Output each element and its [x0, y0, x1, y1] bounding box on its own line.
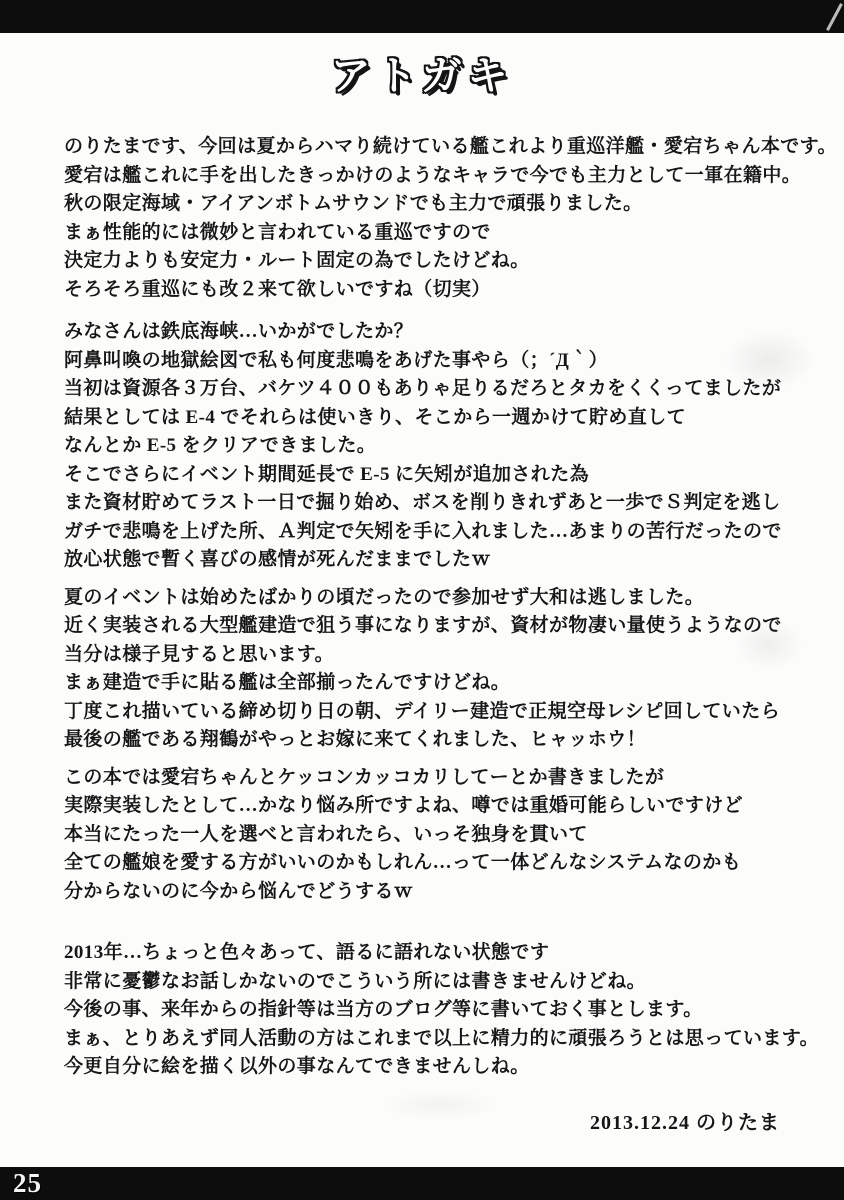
text-line: 本当にたった一人を選べと言われたら、いっそ独身を貫いて [64, 821, 788, 850]
text-line: 阿鼻叫喚の地獄絵図で私も何度悲鳴をあげた事やら（；´Д｀） [64, 347, 788, 376]
top-border-bar [0, 0, 844, 33]
text-line: 秋の限定海域・アイアンボトムサウンドでも主力で頑張りました。 [64, 190, 788, 219]
text-line: まぁ、とりあえず同人活動の方はこれまで以上に精力的に頑張ろうとは思っています。 [64, 1025, 788, 1054]
paragraph: みなさんは鉄底海峡…いかがでしたか？阿鼻叫喚の地獄絵図で私も何度悲鳴をあげた事や… [64, 318, 788, 575]
page-title: アトガキ [0, 44, 844, 101]
text-line: なんとか E-5 をクリアできました。 [64, 432, 788, 461]
text-line: 当分は様子見すると思います。 [64, 641, 788, 670]
text-line: 愛宕は艦これに手を出したきっかけのようなキャラで今でも主力として一軍在籍中。 [64, 162, 788, 191]
paragraph: 2013年…ちょっと色々あって、語るに語れない状態です非常に憂鬱なお話しかないの… [64, 939, 788, 1082]
text-line: 決定力よりも安定力・ルート固定の為でしたけどね。 [64, 247, 788, 276]
text-line: のりたまです、今回は夏からハマり続けている艦これより重巡洋艦・愛宕ちゃん本です。 [64, 133, 788, 162]
text-line: 近く実装される大型艦建造で狙う事になりますが、資材が物凄い量使うようなので [64, 612, 788, 641]
text-line: まぁ性能的には微妙と言われている重巡ですので [64, 219, 788, 248]
text-line: 丁度これ描いている締め切り日の朝、デイリー建造で正規空母レシピ回していたら [64, 698, 788, 727]
text-line: ガチで悲鳴を上げた所、Ａ判定で矢矧を手に入れました…あまりの苦行だったので [64, 518, 788, 547]
paragraph: 夏のイベントは始めたばかりの頃だったので参加せず大和は逃しました。近く実装される… [64, 584, 788, 755]
text-line: また資材貯めてラスト一日で掘り始め、ボスを削りきれずあと一歩でＳ判定を逃し [64, 489, 788, 518]
text-line: この本では愛宕ちゃんとケッコンカッコカリしてーとか書きましたが [64, 764, 788, 793]
paragraph: のりたまです、今回は夏からハマり続けている艦これより重巡洋艦・愛宕ちゃん本です。… [64, 133, 788, 304]
text-line: 夏のイベントは始めたばかりの頃だったので参加せず大和は逃しました。 [64, 584, 788, 613]
text-line: まぁ建造で手に貼る艦は全部揃ったんですけどね。 [64, 669, 788, 698]
scan-artifact-slash [826, 3, 843, 31]
text-line: 当初は資源各３万台、バケツ４００もありゃ足りるだろとタカをくくってましたが [64, 375, 788, 404]
text-line: みなさんは鉄底海峡…いかがでしたか？ [64, 318, 788, 347]
text-line: 結果としては E-4 でそれらは使いきり、そこから一週かけて貯め直して [64, 404, 788, 433]
bottom-border-bar [0, 1167, 844, 1200]
scanned-afterword-page: アトガキ のりたまです、今回は夏からハマり続けている艦これより重巡洋艦・愛宕ちゃ… [0, 0, 844, 1200]
text-line: 実際実装したとして…かなり悩み所ですよね、噂では重婚可能らしいですけど [64, 792, 788, 821]
afterword-text-block: のりたまです、今回は夏からハマり続けている艦これより重巡洋艦・愛宕ちゃん本です。… [64, 133, 788, 1098]
text-line: 最後の艦である翔鶴がやっとお嫁に来てくれました、ヒャッホウ！ [64, 726, 788, 755]
text-line: 2013年…ちょっと色々あって、語るに語れない状態です [64, 939, 788, 968]
paragraph: この本では愛宕ちゃんとケッコンカッコカリしてーとか書きましたが実際実装したとして… [64, 764, 788, 907]
page-number: 25 [13, 1168, 42, 1198]
text-line: そろそろ重巡にも改２来て欲しいですね（切実） [64, 276, 788, 305]
text-line: 放心状態で暫く喜びの感情が死んだままでしたｗ [64, 546, 788, 575]
text-line: 今後の事、来年からの指針等は当方のブログ等に書いておく事とします。 [64, 996, 788, 1025]
text-line: 今更自分に絵を描く以外の事なんてできませんしね。 [64, 1053, 788, 1082]
text-line: 全ての艦娘を愛する方がいいのかもしれん…って一体どんなシステムなのかも [64, 849, 788, 878]
text-line: そこでさらにイベント期間延長で E-5 に矢矧が追加された為 [64, 461, 788, 490]
text-line: 分からないのに今から悩んでどうするｗ [64, 878, 788, 907]
text-line: 非常に憂鬱なお話しかないのでこういう所には書きませんけどね。 [64, 968, 788, 997]
signature-date: 2013.12.24 のりたま [590, 1106, 780, 1135]
